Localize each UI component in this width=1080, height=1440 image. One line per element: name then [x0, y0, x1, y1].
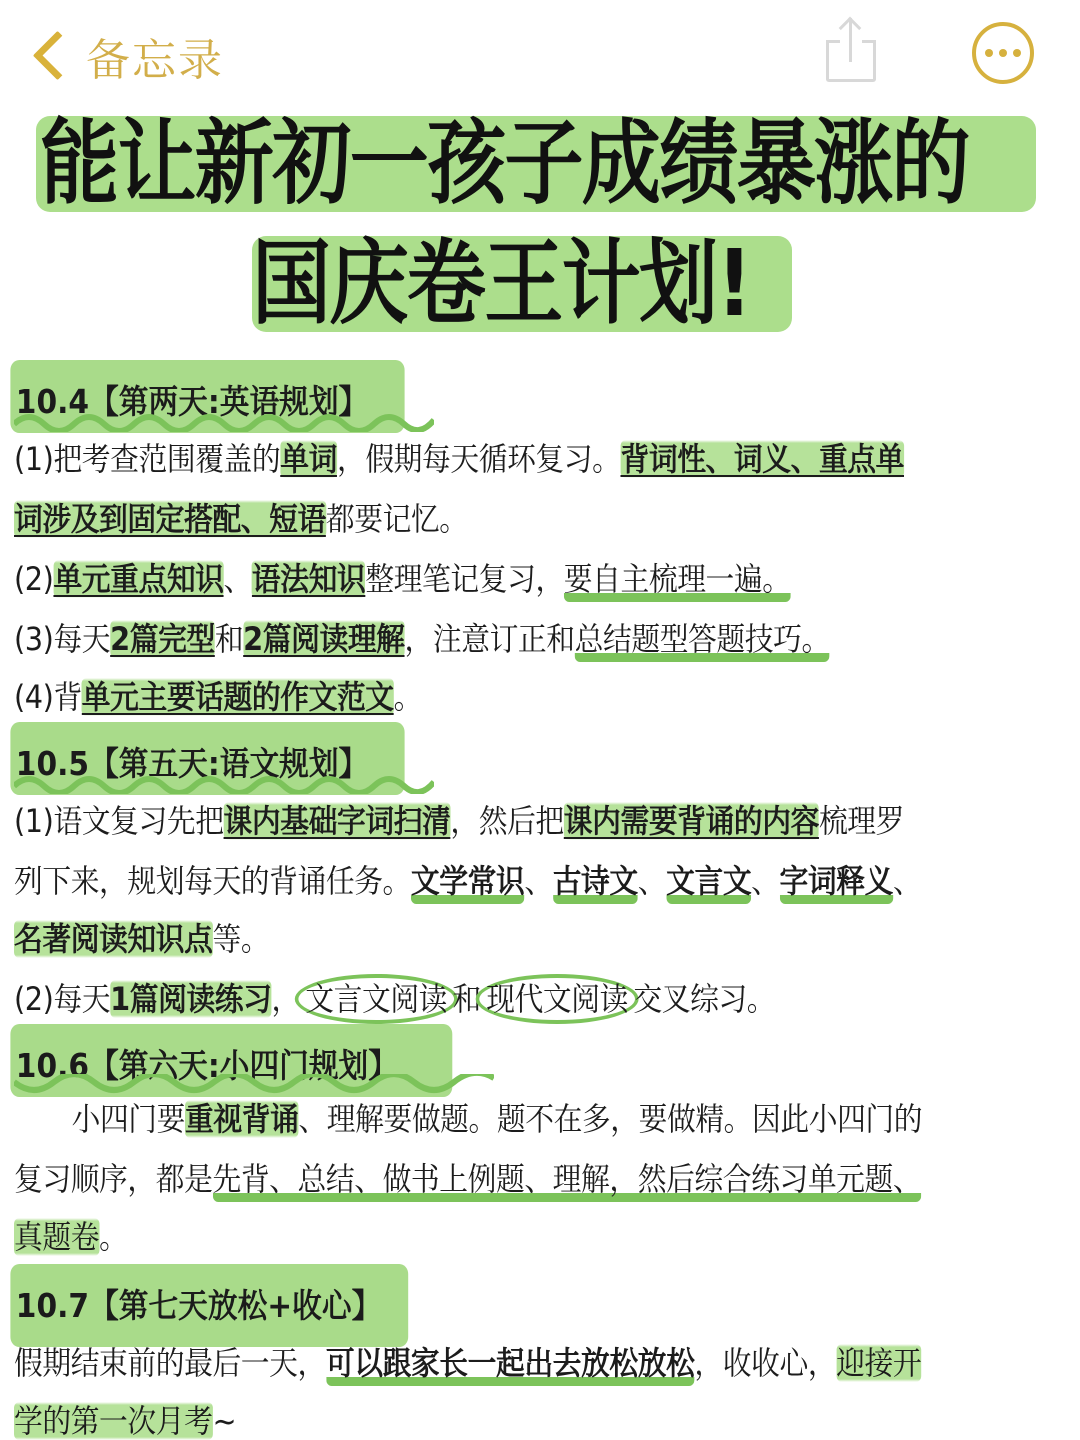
more-icon-dot	[999, 49, 1007, 57]
text: (1)语文复习先把	[14, 802, 224, 840]
circled-text: 文言文阅读	[294, 974, 457, 1024]
highlighted-text: 背词性、词义、重点单	[620, 440, 904, 478]
highlighted-text: 2篇完型	[110, 620, 215, 658]
text-line: (2)每天1篇阅读练习，文言文阅读和现代文阅读交叉综习。	[14, 974, 775, 1020]
text: 假期结束前的最后一天，	[14, 1344, 326, 1382]
highlighted-text: 单词	[280, 440, 337, 478]
more-icon	[985, 49, 993, 57]
highlighted-text: 单元重点知识	[53, 560, 223, 598]
text-line: 词涉及到固定搭配、短语都要记忆。	[14, 494, 468, 540]
text: 整理笔记复习，	[365, 560, 563, 598]
highlighted-text: 1篇阅读练习	[110, 980, 271, 1018]
text: 列下来，规划每天的背诵任务。	[14, 862, 411, 900]
highlighted-text: 课内基础字词扫清	[224, 802, 451, 840]
text-line: 学的第一次月考~	[14, 1396, 236, 1440]
text: 、	[638, 862, 666, 900]
text: ~	[212, 1402, 236, 1440]
highlighted-text: 2篇阅读理解	[243, 620, 404, 658]
text: (1)把考查范围覆盖的	[14, 440, 280, 478]
highlighted-text: 迎接开	[836, 1344, 921, 1382]
text: 、	[893, 862, 921, 900]
text: 交叉综习。	[633, 980, 775, 1018]
text-line: (3)每天2篇完型和2篇阅读理解，注意订正和总结题型答题技巧。	[14, 614, 830, 660]
text-line: 列下来，规划每天的背诵任务。文学常识、古诗文、文言文、字词释义、	[14, 856, 921, 902]
text-line: (2)单元重点知识、语法知识整理笔记复习，要自主梳理一遍。	[14, 554, 791, 600]
navigation-bar: 备忘录	[0, 0, 1080, 110]
highlighted-text: 古诗文	[553, 862, 638, 904]
highlighted-text: 可以跟家长一起出去放松放松	[326, 1344, 695, 1386]
highlighted-text: 文学常识	[411, 862, 524, 904]
back-button[interactable]: 备忘录	[22, 24, 224, 88]
section-heading-10-7: 10.7【第七天放松+收心】	[14, 1274, 390, 1333]
text: (2)	[14, 560, 53, 598]
wavy-underline-decoration	[14, 772, 434, 794]
highlighted-text: 要自主梳理一遍。	[564, 560, 791, 602]
highlighted-text: 文言文	[666, 862, 751, 904]
wavy-underline-decoration	[14, 410, 434, 432]
chevron-left-icon	[22, 26, 82, 86]
heading-text: 10.7【第七天放松+收心】	[16, 1286, 381, 1325]
text: 、	[224, 560, 252, 598]
text: 。	[394, 678, 422, 716]
text-line: (1)把考查范围覆盖的单词，假期每天循环复习。背词性、词义、重点单	[14, 434, 904, 480]
highlighted-text: 真题卷	[14, 1218, 99, 1256]
text: (2)每天	[14, 980, 110, 1018]
text: 小四门要	[72, 1100, 185, 1138]
back-label: 备忘录	[86, 24, 224, 88]
highlighted-text: 名著阅读知识点	[14, 920, 212, 958]
text-line: 复习顺序，都是先背、总结、做书上例题、理解，然后综合练习单元题、	[14, 1154, 921, 1200]
more-icon-dot	[1013, 49, 1021, 57]
text-line: 名著阅读知识点等。	[14, 914, 269, 960]
wavy-underline-decoration	[14, 1074, 494, 1096]
page-title-line2: 国庆卷王计划!	[252, 238, 751, 330]
highlighted-text: 先背、总结、做书上例题、理解，然后综合练习单元题、	[212, 1160, 921, 1202]
text: 。	[99, 1218, 127, 1256]
share-button[interactable]	[822, 18, 882, 86]
text: ，注意订正和	[405, 620, 575, 658]
text: ，假期每天循环复习。	[337, 440, 621, 478]
text: 梳理罗	[819, 802, 904, 840]
text: (4)背	[14, 678, 82, 716]
text: (3)每天	[14, 620, 110, 658]
text-line: (4)背单元主要话题的作文范文。	[14, 672, 422, 718]
highlighted-text: 课内需要背诵的内容	[564, 802, 819, 840]
text-line: 小四门要重视背诵、理解要做题。题不在多，要做精。因此小四门的	[14, 1094, 922, 1140]
highlighted-text: 重视背诵	[185, 1100, 298, 1138]
text: 等。	[212, 920, 269, 958]
text: 、	[524, 862, 552, 900]
text: 都要记忆。	[326, 500, 468, 538]
highlighted-text: 总结题型答题技巧。	[575, 620, 830, 662]
text: 、	[751, 862, 779, 900]
share-arrow-icon	[849, 18, 852, 62]
highlighted-text: 语法知识	[252, 560, 365, 598]
page-title-line1: 能让新初一孩子成绩暴涨的	[40, 118, 969, 210]
text: ，然后把	[450, 802, 563, 840]
highlighted-text: 词涉及到固定搭配、短语	[14, 500, 326, 538]
highlighted-text: 学的第一次月考	[14, 1402, 212, 1440]
highlighted-text: 单元主要话题的作文范文	[82, 678, 394, 716]
text: 复习顺序，都是	[14, 1160, 212, 1198]
text-line: (1)语文复习先把课内基础字词扫清，然后把课内需要背诵的内容梳理罗	[14, 796, 904, 842]
text: 和	[215, 620, 243, 658]
text: ，收收心，	[694, 1344, 836, 1382]
highlighted-text: 字词释义	[780, 862, 893, 904]
text-line: 真题卷。	[14, 1212, 127, 1258]
more-button[interactable]	[972, 22, 1034, 84]
text: 、理解要做题。题不在多，要做精。因此小四门的	[298, 1100, 922, 1138]
circled-text: 现代文阅读	[475, 974, 638, 1024]
